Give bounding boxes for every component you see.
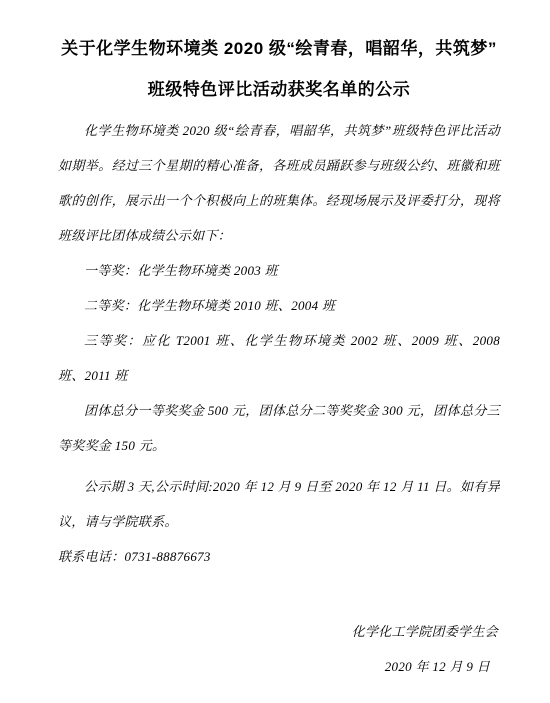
- document-page: 关于化学生物环境类 2020 级“绘青春，唱韶华，共筑梦” 班级特色评比活动获奖…: [0, 0, 550, 703]
- document-body: 化学生物环境类 2020 级“绘青春，唱韶华，共筑梦”班级特色评比活动如期举。经…: [58, 113, 500, 574]
- signature-block: 化学化工学院团委学生会 2020 年 12 月 9 日: [58, 614, 500, 684]
- document-title: 关于化学生物环境类 2020 级“绘青春，唱韶华，共筑梦” 班级特色评比活动获奖…: [58, 28, 500, 110]
- award-first-line: 一等奖：化学生物环境类 2003 班: [58, 253, 500, 288]
- intro-paragraph: 化学生物环境类 2020 级“绘青春，唱韶华，共筑梦”班级特色评比活动如期举。经…: [58, 113, 500, 253]
- contact-phone-line: 联系电话：0731-88876673: [58, 539, 500, 574]
- award-second-line: 二等奖：化学生物环境类 2010 班、2004 班: [58, 288, 500, 323]
- signature-line: 化学化工学院团委学生会: [58, 614, 500, 649]
- prize-info-paragraph: 团体总分一等奖奖金 500 元，团体总分二等奖奖金 300 元，团体总分三等奖奖…: [58, 393, 500, 463]
- title-line-1: 关于化学生物环境类 2020 级“绘青春，唱韶华，共筑梦”: [58, 28, 500, 69]
- award-third-line: 三等奖：应化 T2001 班、化学生物环境类 2002 班、2009 班、200…: [58, 323, 500, 393]
- notice-period-paragraph: 公示期 3 天,公示时间:2020 年 12 月 9 日至 2020 年 12 …: [58, 469, 500, 539]
- date-line: 2020 年 12 月 9 日: [58, 649, 500, 684]
- title-line-2: 班级特色评比活动获奖名单的公示: [58, 69, 500, 110]
